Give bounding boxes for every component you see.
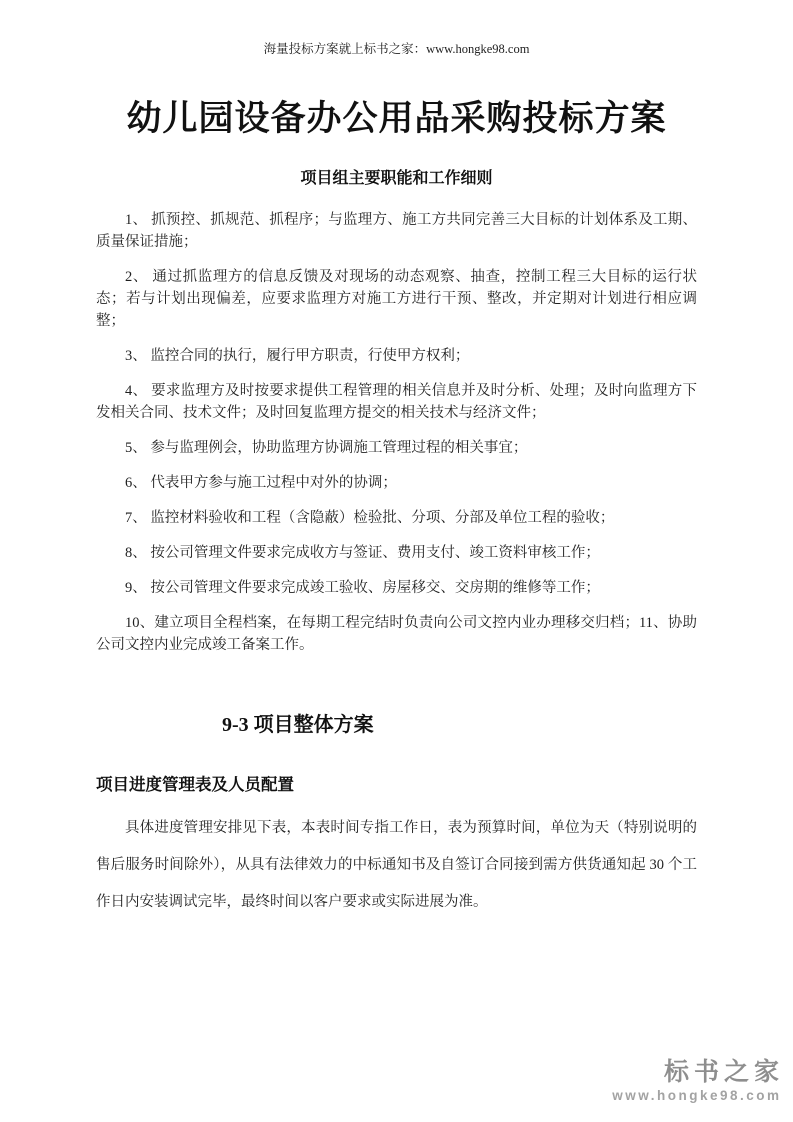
duty-item-7: 7、 监控材料验收和工程（含隐蔽）检验批、分项、分部及单位工程的验收； (96, 507, 697, 529)
subsection-heading-schedule: 项目进度管理表及人员配置 (96, 774, 697, 796)
schedule-paragraph: 具体进度管理安排见下表，本表时间专指工作日，表为预算时间，单位为天（特别说明的售… (96, 810, 697, 921)
section-heading-9-3: 9-3 项目整体方案 (222, 712, 697, 738)
duty-item-2: 2、 通过抓监理方的信息反馈及对现场的动态观察、抽查，控制工程三大目标的运行状态… (96, 266, 697, 332)
duty-item-10-11: 10、建立项目全程档案，在每期工程完结时负责向公司文控内业办理移交归档；11、协… (96, 612, 697, 656)
duty-item-1: 1、 抓预控、抓规范、抓程序；与监理方、施工方共同完善三大目标的计划体系及工期、… (96, 209, 697, 253)
duty-item-5: 5、 参与监理例会，协助监理方协调施工管理过程的相关事宜； (96, 437, 697, 459)
watermark-logo: 标书之家 www.hongke98.com (612, 1058, 779, 1106)
duties-list: 1、 抓预控、抓规范、抓程序；与监理方、施工方共同完善三大目标的计划体系及工期、… (96, 209, 697, 656)
duty-item-8: 8、 按公司管理文件要求完成收方与签证、费用支付、竣工资料审核工作； (96, 542, 697, 564)
duty-item-4: 4、 要求监理方及时按要求提供工程管理的相关信息并及时分析、处理；及时向监理方下… (96, 380, 697, 424)
document-page: 海量投标方案就上标书之家：www.hongke98.com 幼儿园设备办公用品采… (0, 0, 793, 1122)
duty-item-6: 6、 代表甲方参与施工过程中对外的协调； (96, 472, 697, 494)
watermark-brand-text: 标书之家 (612, 1058, 784, 1086)
duty-item-9: 9、 按公司管理文件要求完成竣工验收、房屋移交、交房期的维修等工作； (96, 577, 697, 599)
document-title: 幼儿园设备办公用品采购投标方案 (96, 96, 697, 142)
watermark-site-url: www.hongke98.com (612, 1086, 781, 1106)
document-subtitle: 项目组主要职能和工作细则 (96, 168, 697, 189)
duty-item-3: 3、 监控合同的执行，履行甲方职责，行使甲方权利； (96, 345, 697, 367)
header-promo-note: 海量投标方案就上标书之家：www.hongke98.com (96, 42, 697, 56)
